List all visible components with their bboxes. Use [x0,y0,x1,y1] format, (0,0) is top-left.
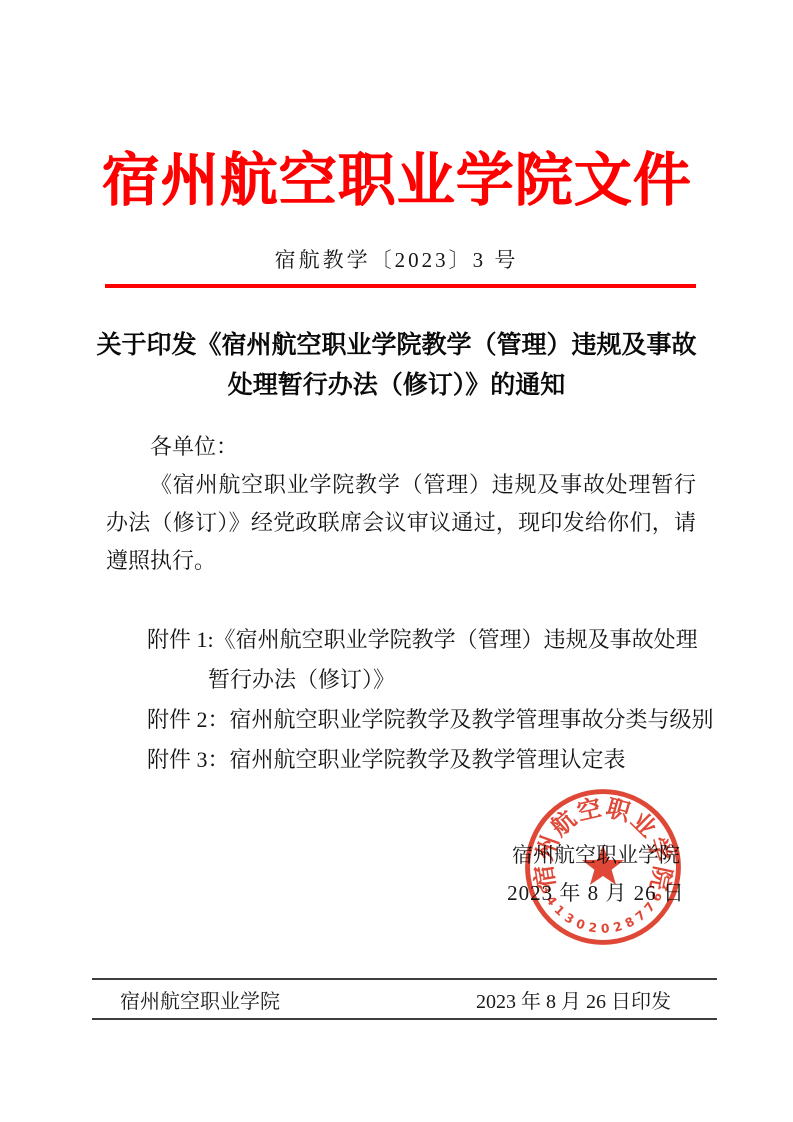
official-document-page: 宿州航空职业学院文件 宿航教学〔2023〕3 号 关于印发《宿州航空职业学院教学… [0,0,793,1122]
attachment-2: 附件 2：宿州航空职业学院教学及教学管理事故分类与级别 [106,700,706,740]
body-paragraph: 《宿州航空职业学院教学（管理）违规及事故处理暂行办法（修订）》经党政联席会议审议… [106,466,696,580]
notice-body: 各单位： 《宿州航空职业学院教学（管理）违规及事故处理暂行办法（修订）》经党政联… [106,428,696,580]
seal-star-icon [582,845,624,885]
attachment-3: 附件 3：宿州航空职业学院教学及教学管理认定表 [106,740,706,780]
notice-title: 关于印发《宿州航空职业学院教学（管理）违规及事故 处理暂行办法（修订）》的通知 [50,326,743,406]
notice-title-line1: 关于印发《宿州航空职业学院教学（管理）违规及事故 [50,326,743,366]
attachments-list: 附件 1:《宿州航空职业学院教学（管理）违规及事故处理 暂行办法（修订）》 附件… [106,620,706,780]
footer-org: 宿州航空职业学院 [120,985,280,1014]
official-seal: 宿州航空职业学院 3413020287761 [521,785,685,949]
red-separator-rule [105,284,696,288]
attachment-1-line1: 附件 1:《宿州航空职业学院教学（管理）违规及事故处理 [106,620,706,660]
document-masthead-title: 宿州航空职业学院文件 [0,144,793,218]
notice-title-line2: 处理暂行办法（修订）》的通知 [50,366,743,406]
footer-imprint-bar: 宿州航空职业学院 2023 年 8 月 26 日印发 [92,978,717,1020]
attachment-1-line2: 暂行办法（修订）》 [106,660,706,700]
svg-text:宿州航空职业学院: 宿州航空职业学院 [529,793,677,894]
salutation: 各单位： [106,428,696,466]
footer-print-date: 2023 年 8 月 26 日印发 [476,985,671,1014]
seal-org-arc-text: 宿州航空职业学院 [529,793,677,894]
document-number: 宿航教学〔2023〕3 号 [0,244,793,274]
